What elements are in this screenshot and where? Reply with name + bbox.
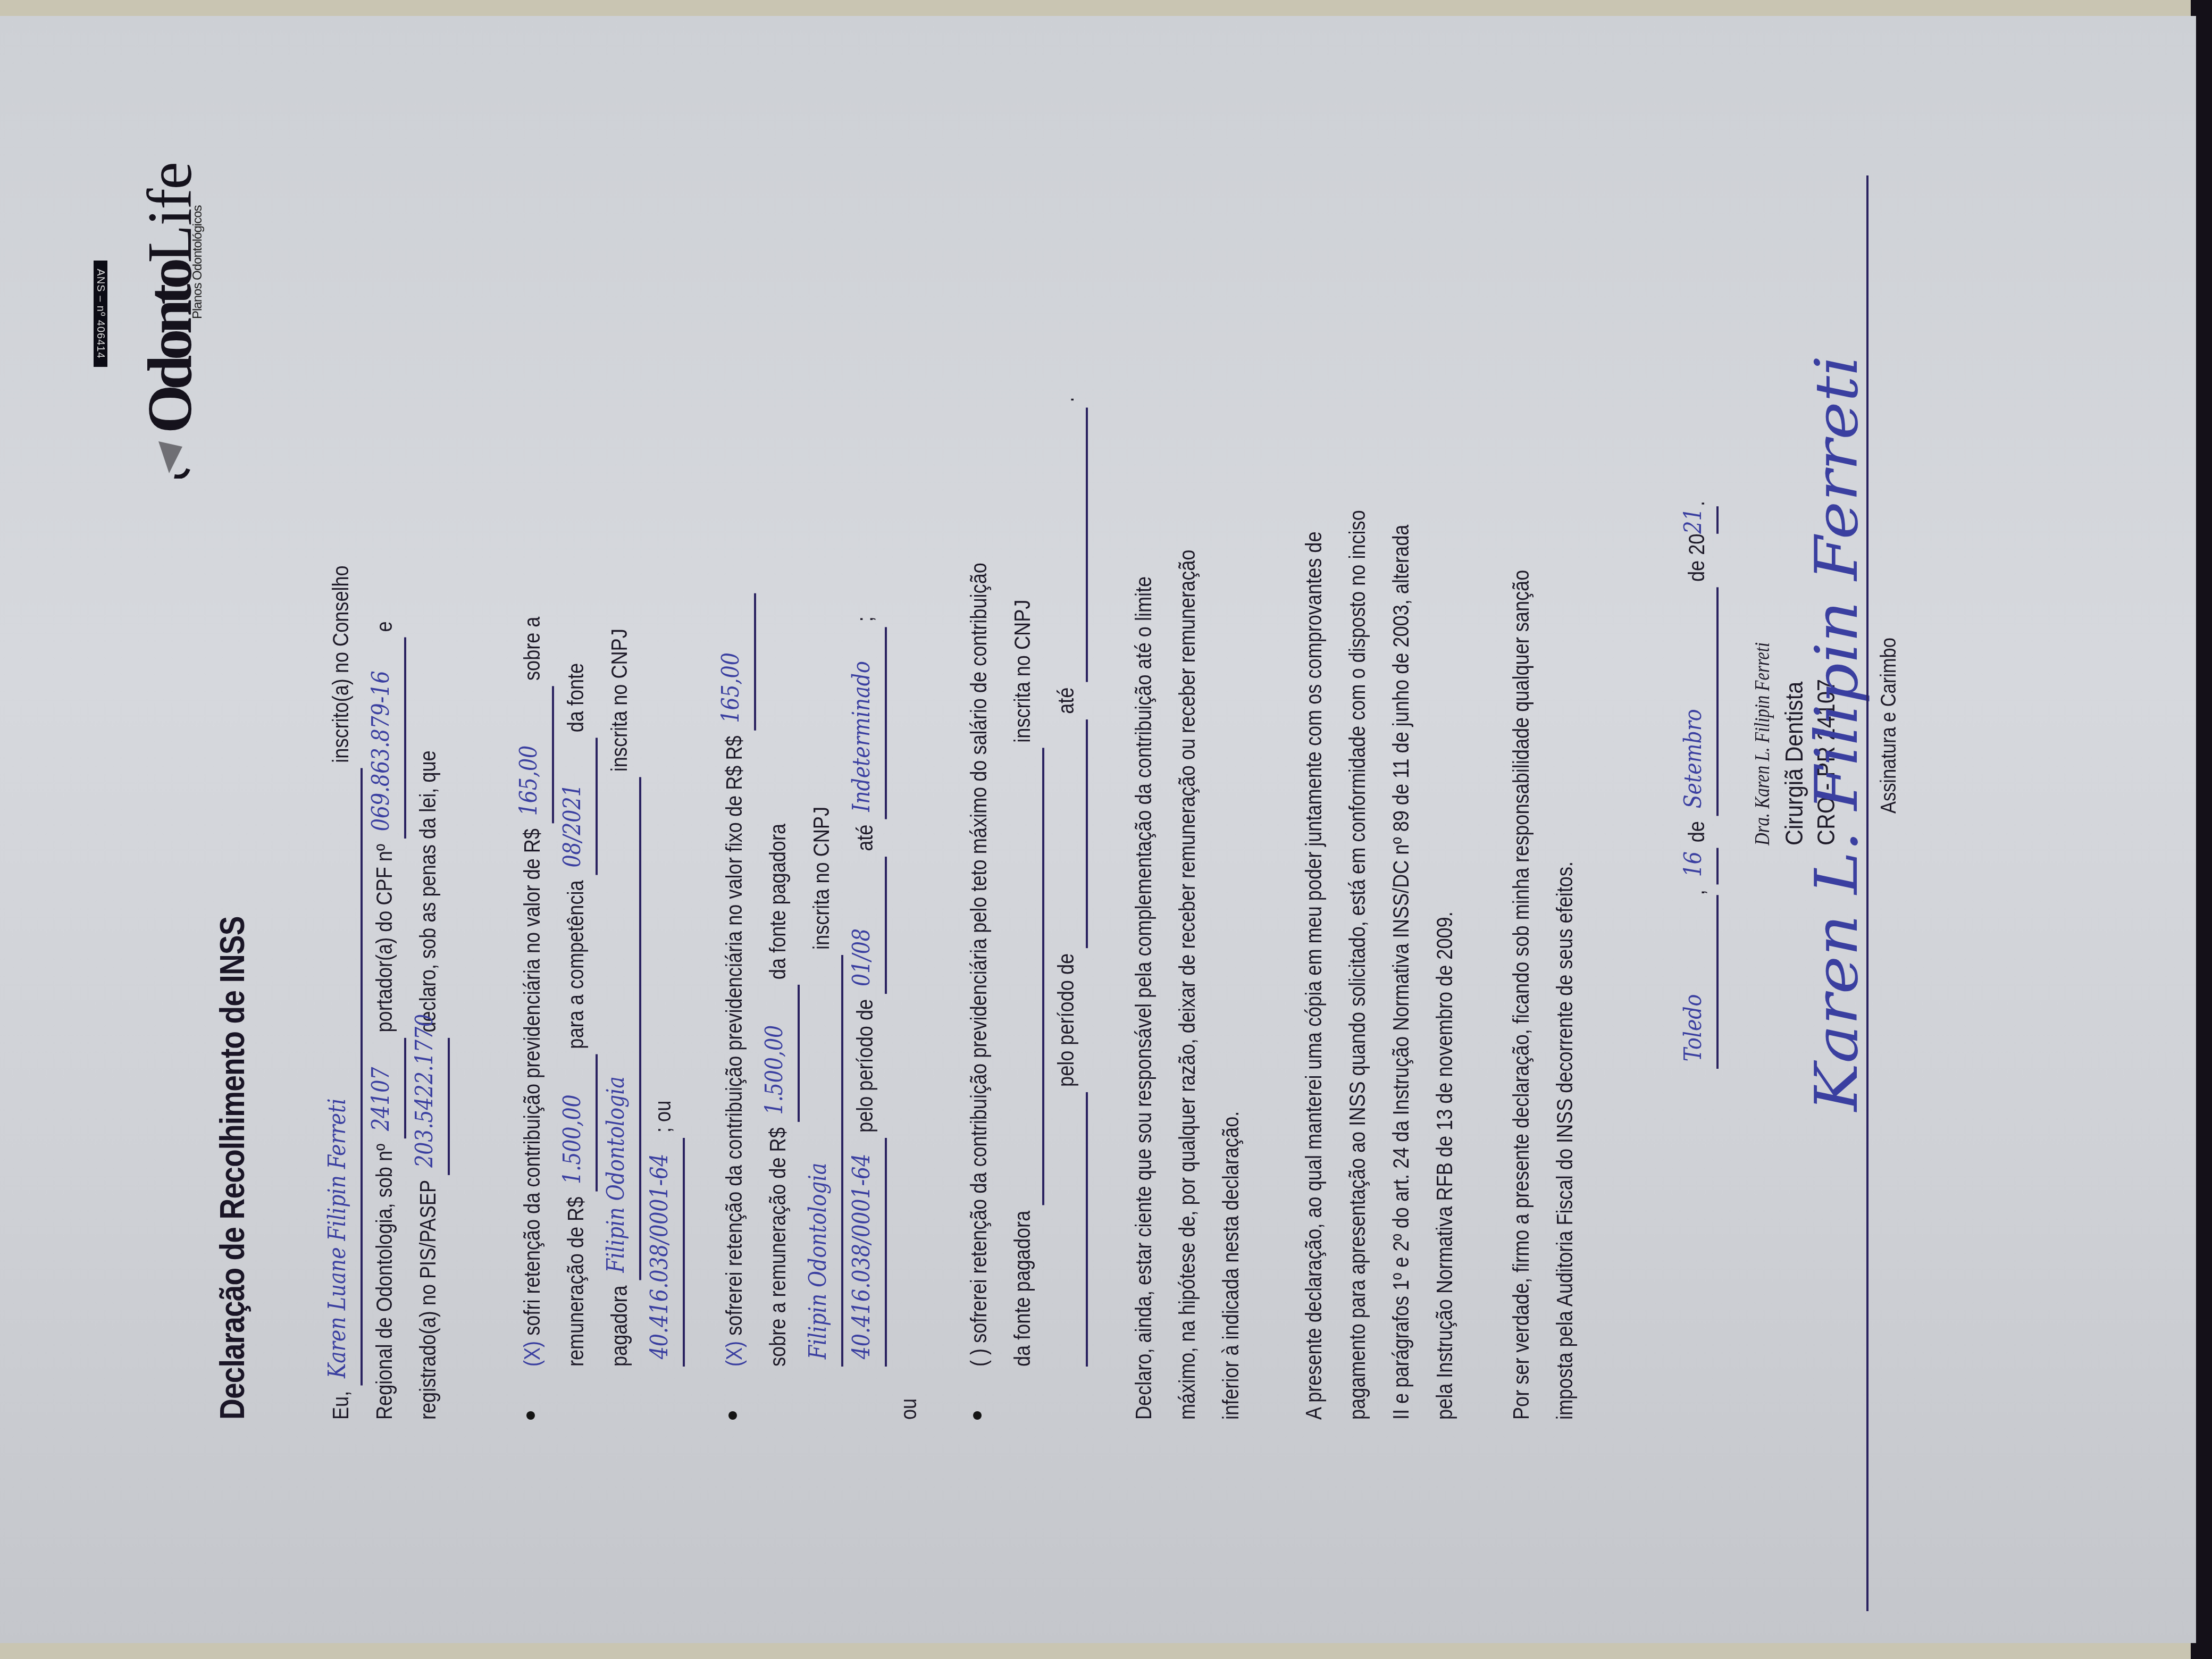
stamp-name: Dra. Karen L. Filipin Ferreti	[1749, 453, 1774, 845]
option-2-remuneracao-field[interactable]: 1.500,00	[771, 985, 800, 1122]
rotated-document: ANS – nº 406414 OdontoLife Planos Odonto…	[0, 0, 2212, 1659]
option-1: (X) sofri retenção da contribuição previ…	[510, 207, 685, 1367]
option-3: ( ) sofrerei retenção da contribuição pr…	[957, 207, 1088, 1367]
date-line: Toledo, 16 de Setembro de 2021.	[1675, 165, 1719, 1069]
year-field[interactable]: 21	[1690, 506, 1719, 534]
day-field[interactable]: 16	[1690, 848, 1719, 884]
option-3-checkbox[interactable]: ( )	[966, 1348, 991, 1367]
odontolife-logo: OdontoLife Planos Odontológicos	[133, 106, 218, 479]
paragraph-a-presente: A presente declaração, ao qual manterei …	[1292, 207, 1467, 1420]
option-1-fonte-field[interactable]: Filipin Odontologia	[613, 777, 641, 1280]
signature-line	[1866, 175, 1869, 1611]
cro-field[interactable]: 24107	[378, 1038, 406, 1138]
option-1-cnpj-field[interactable]: 40.416.038/0001-64	[656, 1138, 685, 1367]
option-2: (X) sofrerei retenção da contribuição pr…	[713, 207, 931, 1367]
bullet-icon	[973, 1411, 982, 1420]
ans-badge: ANS – nº 406414	[94, 261, 107, 367]
option-2-periodo-de-field[interactable]: 01/08	[858, 857, 887, 994]
option-2-valor-field[interactable]: 165,00	[727, 593, 756, 730]
bullet-icon	[526, 1411, 535, 1420]
pis-field[interactable]: 203.5422.1770	[421, 1038, 450, 1175]
page-title: Declaração de Recolhimento de INSS	[213, 368, 252, 1420]
option-1-valor-field[interactable]: 165,00	[525, 686, 554, 823]
city-field[interactable]: Toledo	[1690, 895, 1719, 1069]
bullet-icon	[728, 1411, 737, 1420]
intro-paragraph: Eu, Karen Luane Filipin Ferreti inscrito…	[319, 207, 450, 1420]
cpf-field[interactable]: 069.863.879-16	[378, 638, 406, 839]
handwritten-signature: Karen L. Filipin Ferreti	[1803, 355, 1871, 1111]
label-eu: Eu,	[328, 1391, 353, 1420]
option-3-periodo-ate-field[interactable]	[1059, 408, 1088, 682]
option-1-checkbox[interactable]: (X)	[520, 1341, 544, 1367]
logo-subtitle: Planos Odontológicos	[190, 206, 205, 319]
option-3-fonte-field[interactable]	[1016, 748, 1044, 1205]
option-2-checkbox[interactable]: (X)	[722, 1341, 747, 1367]
paragraph-por-ser-verdade: Por ser verdade, firmo a presente declar…	[1499, 207, 1587, 1420]
option-1-competencia-field[interactable]: 08/2021	[569, 738, 598, 875]
option-2-periodo-ate-field[interactable]: Indeterminado	[858, 627, 887, 819]
logo-tooth-icon	[153, 436, 190, 479]
paragraph-declaro-ainda: Declaro, ainda, estar ciente que sou res…	[1122, 207, 1253, 1420]
option-2-cnpj-field[interactable]: 40.416.038/0001-64	[858, 1138, 887, 1367]
option-1-remuneracao-field[interactable]: 1.500,00	[569, 1054, 598, 1192]
signature-label: Assinatura e Carimbo	[1877, 638, 1901, 814]
name-field[interactable]: Karen Luane Filipin Ferreti	[334, 768, 363, 1386]
paper-sheet: ANS – nº 406414 OdontoLife Planos Odonto…	[0, 16, 2196, 1643]
month-field[interactable]: Setembro	[1690, 587, 1719, 816]
option-3-cnpj-field[interactable]	[1059, 1092, 1088, 1367]
option-2-fonte-field[interactable]: Filipin Odontologia	[815, 955, 843, 1367]
option-3-periodo-de-field[interactable]	[1059, 719, 1088, 948]
